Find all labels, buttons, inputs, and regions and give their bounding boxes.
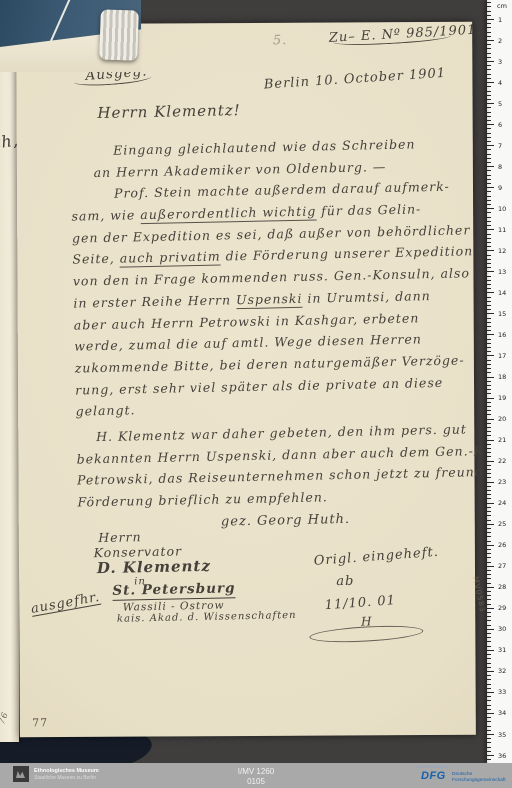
address-line: Herrn bbox=[98, 531, 142, 544]
ruler-tick-minor bbox=[487, 532, 491, 533]
ruler-tick-minor bbox=[487, 217, 491, 218]
ruler-tick-major bbox=[487, 61, 494, 62]
ruler-tick-minor bbox=[487, 528, 491, 529]
ruler-tick-minor bbox=[487, 574, 491, 575]
ruler-tick-minor bbox=[487, 339, 491, 340]
ruler-tick-minor bbox=[487, 133, 491, 134]
body-line: bekannten Herrn Uspenski, dann aber auch… bbox=[77, 444, 512, 466]
folio-number: 77 bbox=[32, 717, 48, 728]
ruler-tick-major bbox=[487, 692, 494, 693]
ruler-tick-number: 33 bbox=[498, 688, 506, 696]
letter-content: 5. Zu– E. Nº 985/1901. Ausgeg. Berlin 10… bbox=[11, 18, 482, 740]
ruler-tick-minor bbox=[487, 23, 491, 24]
ruler-tick-major bbox=[487, 482, 494, 483]
address-line: St. Petersburg bbox=[112, 582, 235, 600]
body-line: von den in Frage kommenden russ. Gen.-Ko… bbox=[73, 267, 470, 288]
ruler-tick-number: 6 bbox=[498, 121, 502, 129]
ruler-tick-minor bbox=[487, 74, 491, 75]
ruler-tick-minor bbox=[487, 91, 491, 92]
ruler-tick-minor bbox=[487, 507, 491, 508]
ruler-tick-minor bbox=[487, 368, 491, 369]
body-line: in erster Reihe Herrn Uspenski in Urumts… bbox=[73, 290, 431, 310]
body-text: in erster Reihe Herrn bbox=[73, 292, 236, 310]
ruler-tick-minor bbox=[487, 490, 491, 491]
ruler-tick-minor bbox=[487, 183, 491, 184]
ruler-tick-number: 20 bbox=[498, 415, 506, 423]
body-text: die Förderung unserer Expedition bbox=[220, 243, 473, 263]
ruler-tick-major bbox=[487, 608, 494, 609]
ruler-tick-minor bbox=[487, 78, 491, 79]
ruler-tick-minor bbox=[487, 393, 491, 394]
ruler-tick-minor bbox=[487, 633, 491, 634]
ruler-tick-major bbox=[487, 524, 494, 525]
ruler-tick-major bbox=[487, 713, 494, 714]
ruler-tick-minor bbox=[487, 536, 491, 537]
ruler-tick-minor bbox=[487, 435, 491, 436]
ruler-tick-minor bbox=[487, 730, 491, 731]
ruler-tick-minor bbox=[487, 200, 491, 201]
ruler-tick-number: 19 bbox=[498, 394, 506, 402]
scanned-letter-photograph: th, 5. Zu– E. Nº 985/1901. Ausgeg. Berli… bbox=[0, 0, 512, 788]
ruler-tick-minor bbox=[487, 175, 491, 176]
ruler-tick-minor bbox=[487, 309, 491, 310]
ruler-tick-minor bbox=[487, 456, 491, 457]
ruler-tick-major bbox=[487, 334, 494, 335]
ruler-tick-minor bbox=[487, 562, 491, 563]
ruler-tick-minor bbox=[487, 69, 491, 70]
ruler-tick-major bbox=[487, 166, 494, 167]
underlined-phrase: außerordentlich wichtig bbox=[140, 203, 316, 224]
ruler-tick-minor bbox=[487, 612, 491, 613]
ruler-tick-number: 21 bbox=[498, 436, 506, 444]
ruler-tick-minor bbox=[487, 721, 491, 722]
ruler-tick-minor bbox=[487, 414, 491, 415]
ruler-tick-minor bbox=[487, 137, 491, 138]
ruler-tick-minor bbox=[487, 385, 491, 386]
ruler-tick-minor bbox=[487, 318, 491, 319]
ruler-tick-minor bbox=[487, 486, 491, 487]
ruler-tick-number: 25 bbox=[498, 520, 506, 528]
ruler-tick-minor bbox=[487, 658, 491, 659]
ruler-tick-minor bbox=[487, 641, 491, 642]
ruler-tick-major bbox=[487, 755, 494, 756]
ruler-tick-minor bbox=[487, 494, 491, 495]
ruler-tick-minor bbox=[487, 616, 491, 617]
ruler-tick-minor bbox=[487, 520, 491, 521]
body-line: gelangt. bbox=[76, 404, 136, 418]
ruler-tick-minor bbox=[487, 751, 491, 752]
ruler-tick-minor bbox=[487, 326, 491, 327]
ruler-tick-number: 16 bbox=[498, 331, 506, 339]
ruler-tick-major bbox=[487, 650, 494, 651]
body-text: für das Gelin- bbox=[316, 201, 421, 218]
body-text: sam, wie bbox=[71, 207, 140, 223]
body-line: Eingang gleichlautend wie das Schreiben bbox=[113, 138, 416, 157]
ruler-tick-number: 23 bbox=[498, 478, 506, 486]
ruler-tick-minor bbox=[487, 667, 491, 668]
address-line: D. Klementz bbox=[97, 559, 211, 576]
ruler-tick-minor bbox=[487, 284, 491, 285]
ruler-tick-minor bbox=[487, 238, 491, 239]
ruler-tick-number: 5 bbox=[498, 100, 502, 108]
salutation: Herrn Klementz! bbox=[97, 103, 241, 121]
ruler-tick-minor bbox=[487, 154, 491, 155]
ruler-tick-minor bbox=[487, 570, 491, 571]
ruler-tick-minor bbox=[487, 477, 491, 478]
body-line: Petrowski, das Reiseunternehmen schon je… bbox=[77, 465, 512, 487]
ruler-tick-major bbox=[487, 82, 494, 83]
body-line: rung, erst sehr viel später als die priv… bbox=[75, 377, 443, 397]
rolled-paper-tab bbox=[99, 9, 139, 60]
underlined-phrase: auch privatim bbox=[120, 249, 221, 268]
ruler-tick-minor bbox=[487, 654, 491, 655]
ruler-tick-minor bbox=[487, 204, 491, 205]
ruler-tick-major bbox=[487, 40, 494, 41]
ruler-tick-minor bbox=[487, 465, 491, 466]
ruler-tick-minor bbox=[487, 663, 491, 664]
filing-note-line: Origl. eingeheft. bbox=[313, 546, 439, 568]
ruler-tick-minor bbox=[487, 599, 491, 600]
ruler-tick-major bbox=[487, 187, 494, 188]
body-text: in Urumtsi, dann bbox=[302, 288, 431, 306]
ruler-tick-minor bbox=[487, 515, 491, 516]
ruler-tick-minor bbox=[487, 747, 491, 748]
underlined-phrase: Uspenski bbox=[236, 291, 303, 309]
ruler-tick-minor bbox=[487, 402, 491, 403]
body-line: sam, wie außerordentlich wichtig für das… bbox=[71, 203, 421, 223]
ruler-tick-minor bbox=[487, 162, 491, 163]
ruler-tick-major bbox=[487, 503, 494, 504]
ruler-tick-minor bbox=[487, 179, 491, 180]
signature: gez. Georg Huth. bbox=[221, 513, 350, 529]
ruler-tick-minor bbox=[487, 604, 491, 605]
address-line: kais. Akad. d. Wissenschaften bbox=[117, 611, 297, 625]
caption-bar: Ethnologisches Museum Staatliche Museen … bbox=[0, 763, 512, 788]
letter-page: 5. Zu– E. Nº 985/1901. Ausgeg. Berlin 10… bbox=[16, 22, 476, 737]
ruler-tick-number: 27 bbox=[498, 562, 506, 570]
ruler-tick-major bbox=[487, 629, 494, 630]
ruler-tick-number: 17 bbox=[498, 352, 506, 360]
ruler-tick-major bbox=[487, 377, 494, 378]
ruler-tick-minor bbox=[487, 557, 491, 558]
body-line: zukommende Bitte, bei deren naturgemäßer… bbox=[75, 354, 465, 375]
ruler-tick-minor bbox=[487, 351, 491, 352]
ruler-tick-minor bbox=[487, 267, 491, 268]
ruler-tick-minor bbox=[487, 389, 491, 390]
ruler-tick-minor bbox=[487, 726, 491, 727]
ruler-tick-major bbox=[487, 229, 494, 230]
ruler-tick-minor bbox=[487, 705, 491, 706]
ruler-tick-minor bbox=[487, 423, 491, 424]
ruler-tick-major bbox=[487, 313, 494, 314]
ruler-tick-minor bbox=[487, 191, 491, 192]
ruler-tick-major bbox=[487, 208, 494, 209]
ruler-tick-minor bbox=[487, 65, 491, 66]
ruler-tick-minor bbox=[487, 679, 491, 680]
ruler-tick-minor bbox=[487, 36, 491, 37]
ruler-tick-number: 34 bbox=[498, 709, 506, 717]
ruler-tick-major bbox=[487, 250, 494, 251]
ruler-tick-minor bbox=[487, 11, 491, 12]
ruler-tick-minor bbox=[487, 717, 491, 718]
body-line: gen der Expedition es sei, daß außer von… bbox=[72, 224, 471, 245]
ruler-tick-minor bbox=[487, 288, 491, 289]
ruler-tick-number: 13 bbox=[498, 268, 506, 276]
ruler-tick-number: 2 bbox=[498, 37, 502, 45]
ruler-tick-minor bbox=[487, 280, 491, 281]
ruler-tick-major bbox=[487, 545, 494, 546]
filing-note-line: 11/10. 01 bbox=[324, 594, 396, 612]
ruler-tick-minor bbox=[487, 276, 491, 277]
ruler-tick-minor bbox=[487, 625, 491, 626]
dfg-name: Deutsche Forschungsgemeinschaft bbox=[452, 772, 506, 784]
ruler-tick-minor bbox=[487, 372, 491, 373]
ruler-tick-minor bbox=[487, 259, 491, 260]
ruler-tick-number: 10 bbox=[498, 205, 506, 213]
ruler-tick-minor bbox=[487, 444, 491, 445]
ruler-tick-minor bbox=[487, 2, 491, 3]
ruler-tick-minor bbox=[487, 225, 491, 226]
ruler-tick-minor bbox=[487, 511, 491, 512]
ruler-tick-minor bbox=[487, 112, 491, 113]
body-line: Förderung brieflich zu empfehlen. bbox=[77, 491, 328, 509]
ruler-tick-minor bbox=[487, 242, 491, 243]
ruler-tick-minor bbox=[487, 646, 491, 647]
ruler-tick-minor bbox=[487, 448, 491, 449]
ruler-tick-minor bbox=[487, 696, 491, 697]
ruler-tick-major bbox=[487, 355, 494, 356]
dfg-logo: DFG bbox=[421, 770, 446, 782]
ruler-tick-minor bbox=[487, 116, 491, 117]
ruler-tick-minor bbox=[487, 322, 491, 323]
ruler-tick-minor bbox=[487, 620, 491, 621]
ruler-tick-minor bbox=[487, 675, 491, 676]
ruler-tick-minor bbox=[487, 759, 491, 760]
ruler-tick-minor bbox=[487, 347, 491, 348]
ruler-tick-minor bbox=[487, 158, 491, 159]
ruler-tick-minor bbox=[487, 498, 491, 499]
body-line: an Herrn Akademiker von Oldenburg. — bbox=[94, 161, 387, 180]
ruler-tick-major bbox=[487, 671, 494, 672]
ruler-tick-major bbox=[487, 398, 494, 399]
ruler-tick-major bbox=[487, 566, 494, 567]
ruler-tick-major bbox=[487, 734, 494, 735]
ruler-tick-minor bbox=[487, 15, 491, 16]
ruler-tick-number: 35 bbox=[498, 731, 506, 739]
ruler-tick-number: 14 bbox=[498, 289, 506, 297]
ruler-tick-minor bbox=[487, 364, 491, 365]
ruler-tick-minor bbox=[487, 738, 491, 739]
ruler-tick-number: 4 bbox=[498, 79, 502, 87]
ruler-tick-minor bbox=[487, 637, 491, 638]
ruler-tick-number: 29 bbox=[498, 604, 506, 612]
ruler-tick-minor bbox=[487, 107, 491, 108]
ruler: cm 1234567891011121314151617181920212223… bbox=[487, 0, 512, 763]
filing-note-line: ab bbox=[336, 575, 354, 588]
ruler-tick-minor bbox=[487, 99, 491, 100]
ruler-tick-major bbox=[487, 145, 494, 146]
ruler-tick-number: 26 bbox=[498, 541, 506, 549]
ruler-tick-number: 11 bbox=[498, 226, 506, 234]
ruler-tick-minor bbox=[487, 410, 491, 411]
body-line: werde, zumal die auf amtl. Wege diesen H… bbox=[74, 333, 422, 353]
ruler-tick-minor bbox=[487, 360, 491, 361]
ruler-tick-minor bbox=[487, 305, 491, 306]
dateline: Berlin 10. October 1901 bbox=[264, 67, 447, 92]
ruler-tick-number: 3 bbox=[498, 58, 502, 66]
ruler-tick-number: 28 bbox=[498, 583, 506, 591]
ruler-tick-minor bbox=[487, 141, 491, 142]
ruler-tick-minor bbox=[487, 427, 491, 428]
ruler-tick-number: 1 bbox=[498, 16, 502, 24]
ruler-tick-major bbox=[487, 19, 494, 20]
ruler-tick-minor bbox=[487, 330, 491, 331]
ruler-tick-number: 24 bbox=[498, 499, 506, 507]
ruler-tick-minor bbox=[487, 128, 491, 129]
ruler-tick-minor bbox=[487, 27, 491, 28]
body-line: Seite, auch privatim die Förderung unser… bbox=[72, 245, 473, 266]
pencil-page-number: 5. bbox=[273, 34, 288, 47]
ruler-tick-minor bbox=[487, 700, 491, 701]
ruler-tick-minor bbox=[487, 684, 491, 685]
ruler-tick-minor bbox=[487, 343, 491, 344]
ruler-tick-major bbox=[487, 587, 494, 588]
ruler-tick-minor bbox=[487, 473, 491, 474]
body-line: H. Klementz war daher gebeten, den ihm p… bbox=[96, 423, 467, 443]
ruler-tick-minor bbox=[487, 578, 491, 579]
ruler-tick-number: 15 bbox=[498, 310, 506, 318]
ruler-tick-minor bbox=[487, 32, 491, 33]
ruler-tick-minor bbox=[487, 431, 491, 432]
ruler-tick-major bbox=[487, 292, 494, 293]
dfg-name-line: Forschungsgemeinschaft bbox=[452, 778, 506, 784]
ruler-tick-minor bbox=[487, 541, 491, 542]
ruler-tick-minor bbox=[487, 221, 491, 222]
ruler-tick-number: 30 bbox=[498, 625, 506, 633]
ruler-tick-minor bbox=[487, 297, 491, 298]
ruler-tick-major bbox=[487, 271, 494, 272]
ruler-tick-number: 31 bbox=[498, 646, 506, 654]
ruler-tick-minor bbox=[487, 709, 491, 710]
ruler-tick-minor bbox=[487, 6, 491, 7]
ruler-tick-minor bbox=[487, 120, 491, 121]
ruler-tick-minor bbox=[487, 149, 491, 150]
ruler-tick-minor bbox=[487, 53, 491, 54]
ruler-tick-major bbox=[487, 461, 494, 462]
ruler-tick-major bbox=[487, 124, 494, 125]
filing-note-flourish-ellipse bbox=[309, 623, 424, 644]
body-line: aber auch Herrn Petrowski in Kashgar, er… bbox=[74, 312, 420, 332]
ruler-tick-minor bbox=[487, 263, 491, 264]
ruler-tick-minor bbox=[487, 246, 491, 247]
ruler-tick-minor bbox=[487, 549, 491, 550]
ruler-tick-minor bbox=[487, 583, 491, 584]
ruler-tick-minor bbox=[487, 57, 491, 58]
ruler-tick-major bbox=[487, 419, 494, 420]
ruler-tick-minor bbox=[487, 742, 491, 743]
ruler-tick-number: 9 bbox=[498, 184, 502, 192]
ruler-tick-minor bbox=[487, 48, 491, 49]
ruler-tick-minor bbox=[487, 44, 491, 45]
ruler-tick-minor bbox=[487, 688, 491, 689]
ruler-tick-number: 18 bbox=[498, 373, 506, 381]
body-text: Seite, bbox=[72, 251, 120, 267]
ruler-tick-number: 22 bbox=[498, 457, 506, 465]
ruler-tick-number: 7 bbox=[498, 142, 502, 150]
ruler-tick-minor bbox=[487, 86, 491, 87]
ruler-tick-minor bbox=[487, 234, 491, 235]
margin-processing-note: ausgefhr. bbox=[30, 591, 101, 617]
ruler-tick-number: 12 bbox=[498, 247, 506, 255]
body-line: Prof. Stein machte außerdem darauf aufme… bbox=[114, 181, 450, 201]
ruler-tick-minor bbox=[487, 469, 491, 470]
ruler-tick-minor bbox=[487, 212, 491, 213]
ruler-tick-minor bbox=[487, 406, 491, 407]
ruler-tick-number: 36 bbox=[498, 752, 506, 760]
ruler-tick-minor bbox=[487, 196, 491, 197]
ruler-tick-major bbox=[487, 440, 494, 441]
ruler-tick-minor bbox=[487, 170, 491, 171]
ruler-tick-number: 32 bbox=[498, 667, 506, 675]
ruler-tick-minor bbox=[487, 595, 491, 596]
ruler-tick-minor bbox=[487, 452, 491, 453]
ruler-tick-major bbox=[487, 103, 494, 104]
ruler-tick-number: 8 bbox=[498, 163, 502, 171]
ruler-tick-minor bbox=[487, 255, 491, 256]
ruler-tick-minor bbox=[487, 553, 491, 554]
ruler-tick-minor bbox=[487, 381, 491, 382]
ruler-tick-minor bbox=[487, 301, 491, 302]
ruler-tick-minor bbox=[487, 95, 491, 96]
ruler-tick-minor bbox=[487, 591, 491, 592]
ruler-unit-label: cm bbox=[497, 2, 507, 10]
